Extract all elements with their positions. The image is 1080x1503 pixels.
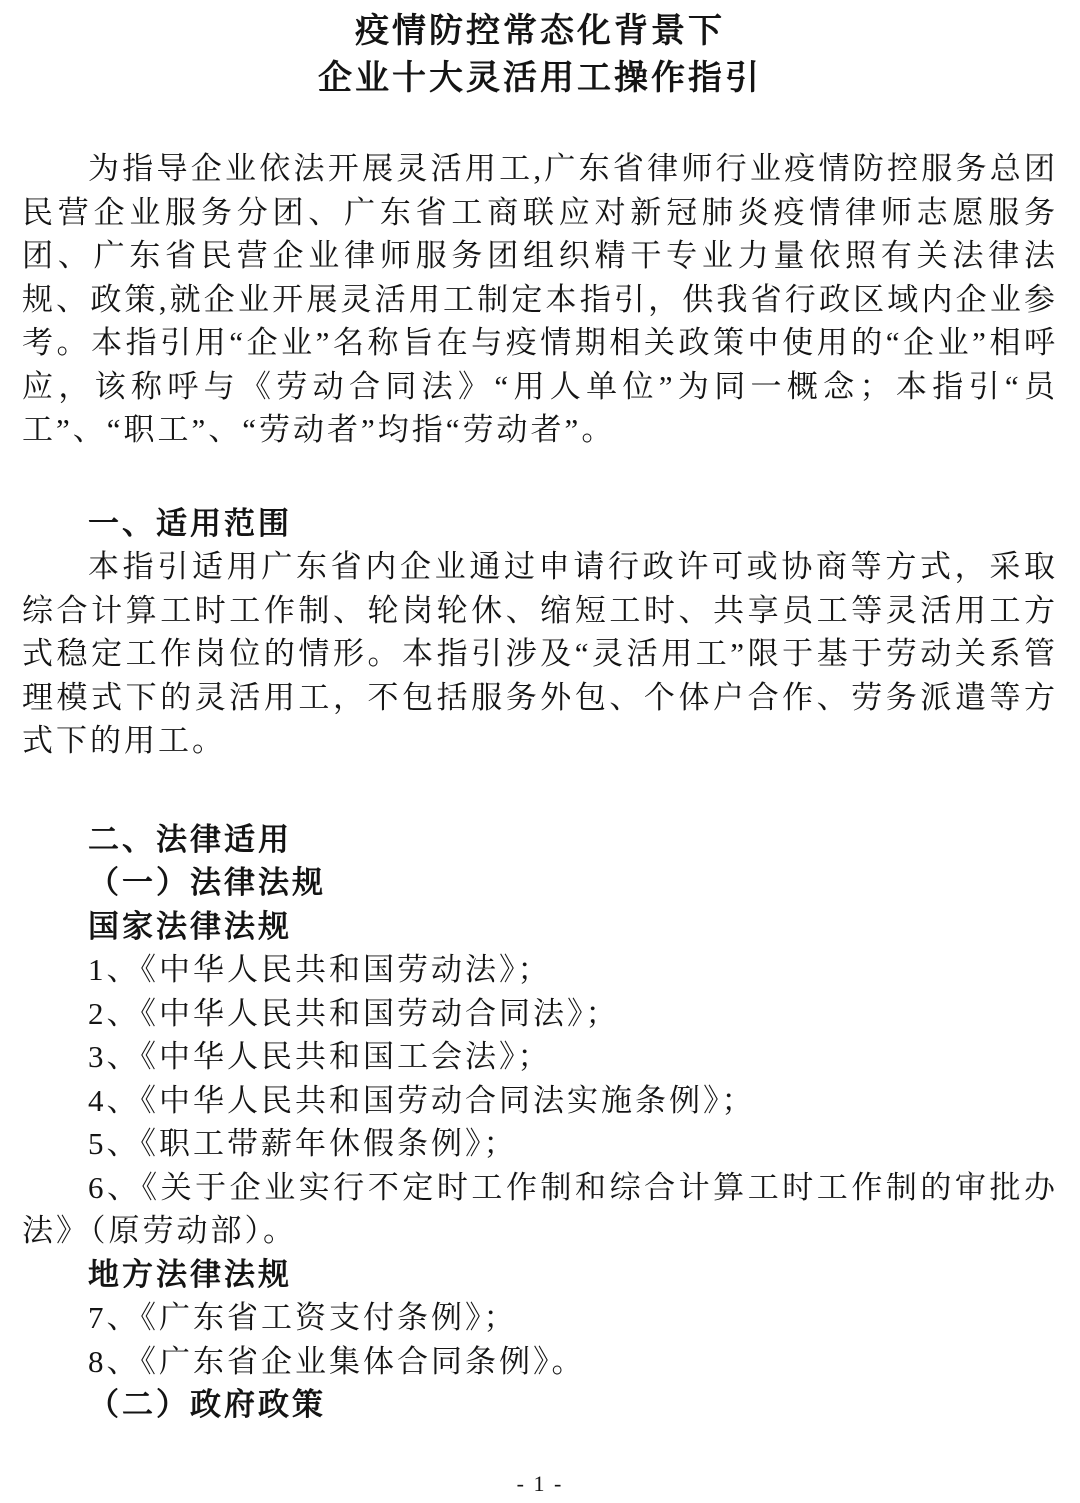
local-laws-heading: 地方法律法规	[22, 1253, 1058, 1297]
law-item-3: 3、《中华人民共和国工会法》；	[22, 1035, 1058, 1079]
section-2-sub-2-heading: （二）政府政策	[22, 1383, 1058, 1427]
law-item-8: 8、《广东省企业集体合同条例》。	[22, 1340, 1058, 1384]
law-item-6: 6、《关于企业实行不定时工作制和综合计算工时工作制的审批办法》（原劳动部）。	[22, 1166, 1058, 1253]
section-2-heading: 二、法律适用	[22, 818, 1058, 862]
national-laws-heading: 国家法律法规	[22, 905, 1058, 949]
law-item-5: 5、《职工带薪年休假条例》；	[22, 1122, 1058, 1166]
intro-paragraph: 为指导企业依法开展灵活用工,广东省律师行业疫情防控服务总团民营企业服务分团、广东…	[22, 147, 1058, 452]
section-1-body: 本指引适用广东省内企业通过申请行政许可或协商等方式，采取综合计算工时工作制、轮岗…	[22, 545, 1058, 763]
law-item-2: 2、《中华人民共和国劳动合同法》；	[22, 992, 1058, 1036]
law-item-7: 7、《广东省工资支付条例》；	[22, 1296, 1058, 1340]
law-item-4: 4、《中华人民共和国劳动合同法实施条例》；	[22, 1079, 1058, 1123]
document-title: 疫情防控常态化背景下 企业十大灵活用工操作指引	[22, 8, 1058, 102]
title-line-1: 疫情防控常态化背景下	[22, 8, 1058, 55]
section-2-sub-1-heading: （一）法律法规	[22, 861, 1058, 905]
title-line-2: 企业十大灵活用工操作指引	[22, 55, 1058, 102]
document-page: 疫情防控常态化背景下 企业十大灵活用工操作指引 为指导企业依法开展灵活用工,广东…	[0, 0, 1080, 1503]
section-1-heading: 一、适用范围	[22, 502, 1058, 546]
page-number: - 1 -	[0, 1471, 1080, 1497]
law-item-1: 1、《中华人民共和国劳动法》；	[22, 948, 1058, 992]
